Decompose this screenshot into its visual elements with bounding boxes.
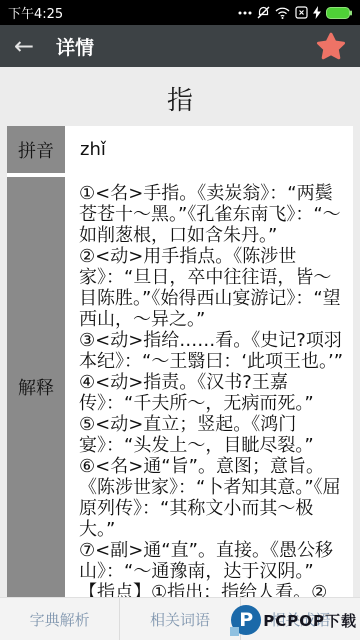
- sense-item: ⑤<动>直立；竖起。《鸿门宴》：“头发上～，目眦尽裂。”: [79, 414, 347, 456]
- more-icon: [238, 11, 252, 15]
- explanation-label: 解释: [7, 177, 65, 597]
- app-bar: ← 详情: [0, 25, 360, 67]
- explanation-text: ①<名>手指。《卖炭翁》：“两鬓苍苍十～黑。”《孔雀东南飞》：“～如削葱根，口如…: [67, 177, 353, 597]
- tab-related-words[interactable]: 相关词语: [119, 598, 239, 640]
- tab-dictionary-analysis[interactable]: 字典解析: [0, 598, 119, 640]
- wifi-icon: [275, 7, 290, 19]
- mute-icon: [257, 6, 270, 19]
- sense-item: ②<动>用手指点。《陈涉世家》：“旦日，卒中往往语，皆～目陈胜。”《始得西山宴游…: [79, 246, 347, 330]
- sense-item: ⑦<副>通“直”。直接。《愚公移山》：“～通豫南，达于汉阴。”: [79, 540, 347, 582]
- bottom-tab-bar: 字典解析 相关词语 相关成语 P PCPOP下载: [0, 597, 360, 640]
- detail-content: 指 拼音 zhǐ 解释 ①<名>手指。《卖炭翁》：“两鬓苍苍十～黑。”《孔雀东南…: [0, 67, 360, 597]
- sense-item: ③<动>指给……看。《史记?项羽本纪》：“～王翳曰：‘此项王也。’”: [79, 330, 347, 372]
- status-bar: 下午4:25: [0, 0, 360, 25]
- tab-related-idioms[interactable]: 相关成语: [240, 598, 360, 640]
- battery-icon: [326, 7, 352, 19]
- favorite-star-icon[interactable]: [316, 32, 346, 61]
- explanation-row: 解释 ①<名>手指。《卖炭翁》：“两鬓苍苍十～黑。”《孔雀东南飞》：“～如削葱根…: [7, 177, 353, 597]
- charging-icon: [313, 6, 321, 19]
- no-sim-icon: [295, 6, 308, 19]
- pinyin-row: 拼音 zhǐ: [7, 126, 353, 173]
- page-title: 详情: [56, 33, 316, 60]
- sense-item: ①<名>手指。《卖炭翁》：“两鬓苍苍十～黑。”《孔雀东南飞》：“～如削葱根，口如…: [79, 183, 347, 246]
- dictionary-table: 拼音 zhǐ 解释 ①<名>手指。《卖炭翁》：“两鬓苍苍十～黑。”《孔雀东南飞》…: [7, 126, 353, 597]
- pinyin-label: 拼音: [7, 126, 65, 173]
- back-arrow-icon[interactable]: ←: [14, 34, 48, 58]
- sense-item: ④<动>指责。《汉书?王嘉传》：“千夫所～，无病而死。”: [79, 372, 347, 414]
- phone-screen: 下午4:25 ← 详情: [0, 0, 360, 640]
- sense-item: 【指点】①指出；指给人看。②: [79, 582, 347, 597]
- clock-text: 下午4:25: [8, 3, 63, 22]
- pinyin-value: zhǐ: [67, 126, 353, 173]
- character-title: 指: [0, 67, 360, 126]
- sense-item: ⑥<名>通“旨”。意图；意旨。《陈涉世家》：“卜者知其意。”《屈原列传》：“其称…: [79, 456, 347, 540]
